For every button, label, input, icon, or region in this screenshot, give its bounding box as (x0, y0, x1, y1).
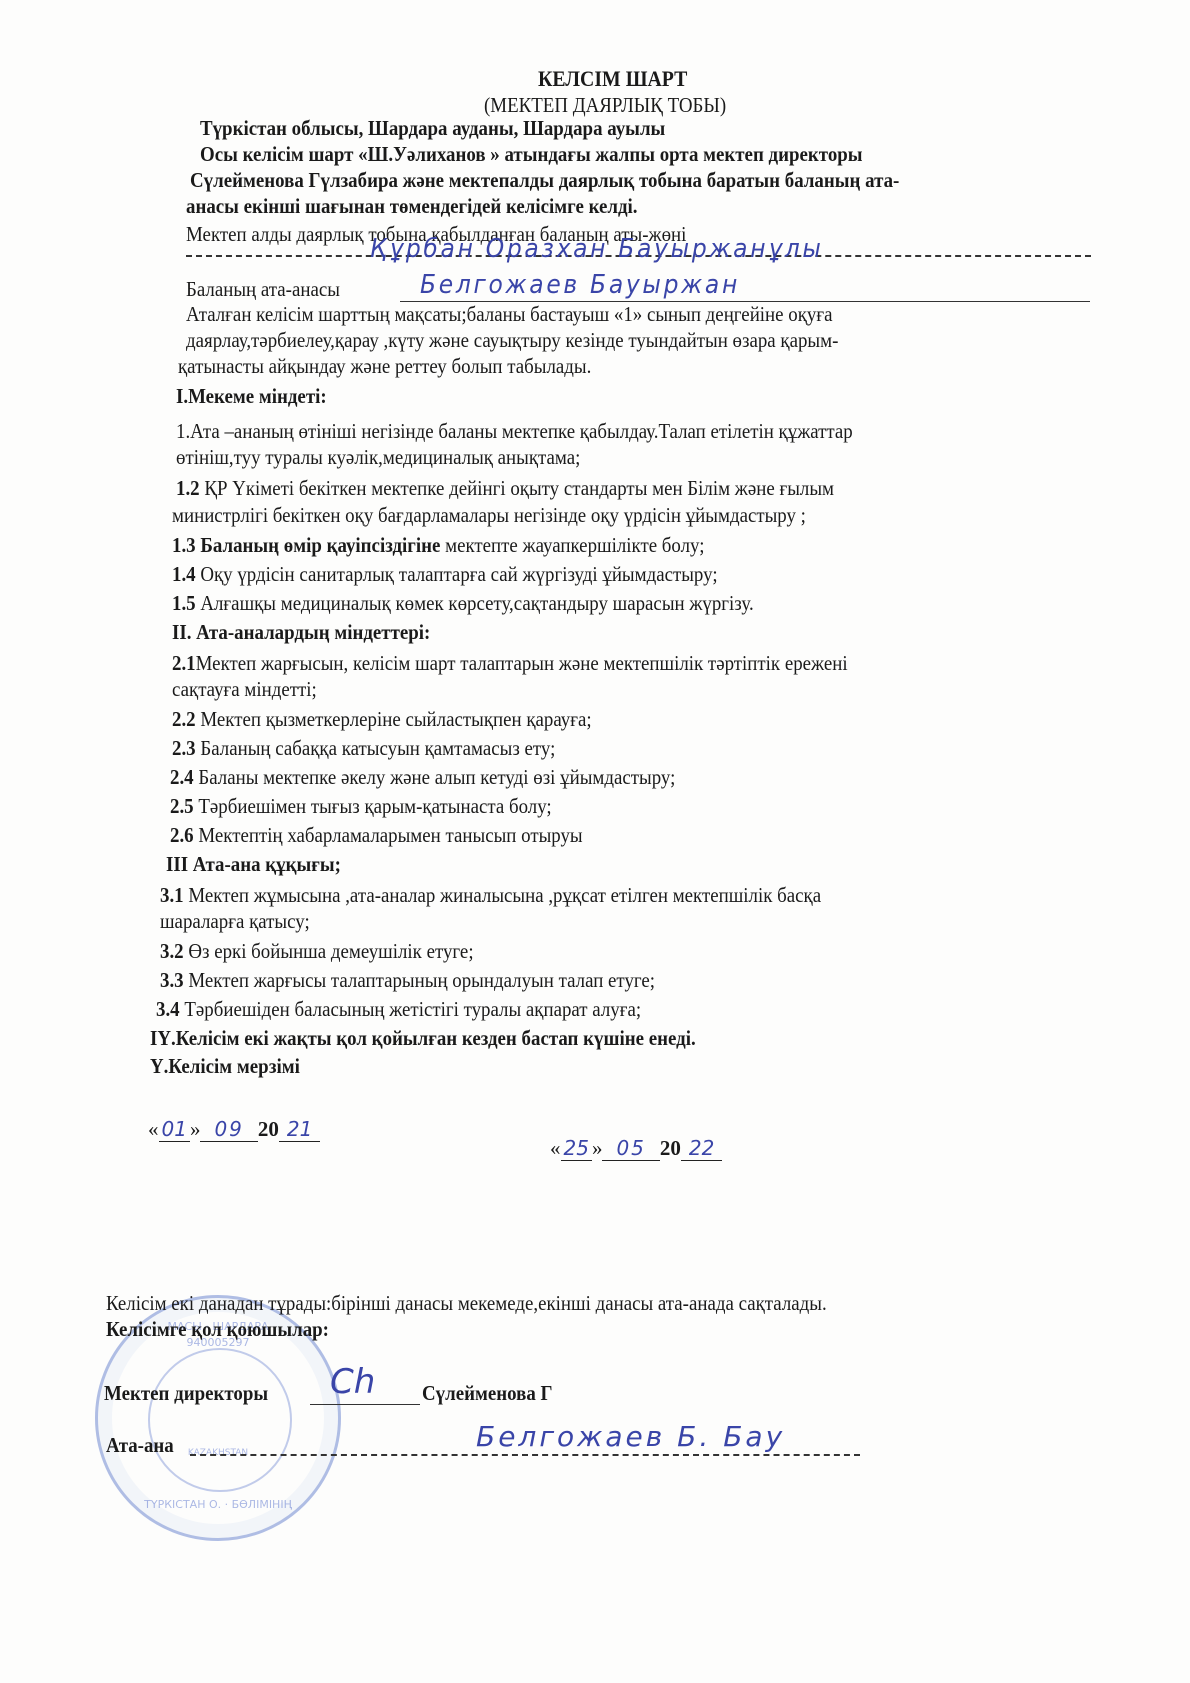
parent-name-field[interactable]: Белгожаев Бауыржан (420, 272, 740, 298)
section-1-item: министрлігі бекіткен оқу бағдарламалары … (172, 502, 806, 528)
section-2-item: 2.2 Мектеп қызметкерлеріне сыйластықпен … (172, 706, 592, 732)
intro-line-2: Сүлейменова Гүлзабира және мектепалды да… (190, 167, 899, 193)
director-name: Сүлейменова Г (422, 1380, 553, 1406)
section-4-heading: ІҮ.Келісім екі жақты қол қойылған кезден… (150, 1025, 696, 1051)
section-1-heading: І.Мекеме міндеті: (176, 383, 327, 409)
section-2-item: 2.3 Баланың сабаққа катысуын қамтамасыз … (172, 735, 555, 761)
term-start-date: «01»092021 (148, 1116, 320, 1142)
signatories-heading: Келісімге қол қоюшылар: (106, 1316, 329, 1342)
director-signature[interactable]: Сһ (330, 1362, 375, 1402)
section-1-item: 1.2 ҚР Үкіметі бекіткен мектепке дейінгі… (176, 475, 834, 501)
section-1-item: өтініш,туу туралы куәлік,медициналық аны… (176, 444, 580, 470)
contract-page: КЕЛСІМ ШАРТ (МЕКТЕП ДАЯРЛЫҚ ТОБЫ) Түркіс… (0, 0, 1190, 1683)
start-month-field[interactable]: 09 (200, 1117, 257, 1142)
section-1-item: 1.Ата –ананың өтініші негізінде баланы м… (176, 418, 853, 444)
section-1-item: 1.4 Оқу үрдісін санитарлық талаптарға са… (172, 561, 718, 587)
parent-signature-label: Ата-ана (106, 1432, 174, 1458)
end-year-field[interactable]: 22 (681, 1136, 722, 1161)
section-3-item: 3.4 Тәрбиешіден баласының жетістігі тура… (156, 996, 641, 1022)
parent-signature-dashed-line (190, 1454, 860, 1456)
emblem-icon (148, 1348, 292, 1492)
start-day-field[interactable]: 01 (159, 1117, 190, 1142)
end-month-field[interactable]: 05 (602, 1136, 659, 1161)
section-2-item: 2.1Мектеп жарғысын, келісім шарт талапта… (172, 650, 848, 676)
parent-name-label: Баланың ата-анасы (186, 276, 340, 302)
stamp-text-bottom: ТҮРКІСТАН О. · БӨЛІМІНІҢ (98, 1498, 338, 1511)
section-3-item: шараларға қатысу; (160, 908, 310, 934)
purpose-line-1: Аталған келісім шарттың мақсаты;баланы б… (186, 301, 833, 327)
intro-line-3: анасы екінші шағынан төмендегідей келісі… (186, 193, 638, 219)
document-title: КЕЛСІМ ШАРТ (538, 66, 687, 92)
section-1-item: 1.3 Баланың өмір қауіпсіздігіне мектепте… (172, 532, 705, 558)
purpose-line-3: қатынасты айқындау және реттеу болып таб… (178, 353, 591, 379)
copies-note: Келісім екі данадан тұрады:бірінші данас… (106, 1290, 827, 1316)
location-line: Түркістан облысы, Шардара ауданы, Шардар… (200, 115, 665, 141)
section-2-item: сақтауға міндетті; (172, 676, 317, 702)
section-1-item: 1.5 Алғашқы медициналық көмек көрсету,са… (172, 590, 754, 616)
intro-line-1: Осы келісім шарт «Ш.Уәлиханов » атындағы… (200, 141, 863, 167)
term-end-date: «25»052022 (550, 1135, 722, 1161)
section-2-item: 2.6 Мектептің хабарламаларымен танысып о… (170, 822, 583, 848)
section-5-heading: Ү.Келісім мерзімі (150, 1053, 300, 1079)
director-label: Мектеп директоры (104, 1380, 268, 1406)
section-3-item: 3.3 Мектеп жарғысы талаптарының орындалу… (160, 967, 655, 993)
section-3-heading: ІІІ Ата-ана құқығы; (166, 851, 341, 877)
section-3-item: 3.2 Өз еркі бойынша демеушілік етуге; (160, 938, 474, 964)
director-signature-line (310, 1404, 420, 1405)
end-day-field[interactable]: 25 (561, 1136, 592, 1161)
section-2-item: 2.5 Тәрбиешімен тығыз қарым-қатынаста бо… (170, 793, 552, 819)
section-3-item: 3.1 Мектеп жұмысына ,ата-аналар жиналысы… (160, 882, 821, 908)
section-2-heading: ІІ. Ата-аналардың міндеттері: (172, 619, 430, 645)
start-year-field[interactable]: 21 (279, 1117, 320, 1142)
parent-signature[interactable]: Белгожаев Б. Бау (476, 1420, 785, 1453)
purpose-line-2: даярлау,тәрбиелеу,қарау ,күту және сауық… (186, 327, 838, 353)
section-2-item: 2.4 Баланы мектепке әкелу және алып кету… (170, 764, 675, 790)
child-name-field[interactable]: Құрбан Оразхан Бауыржанұлы (370, 236, 824, 262)
